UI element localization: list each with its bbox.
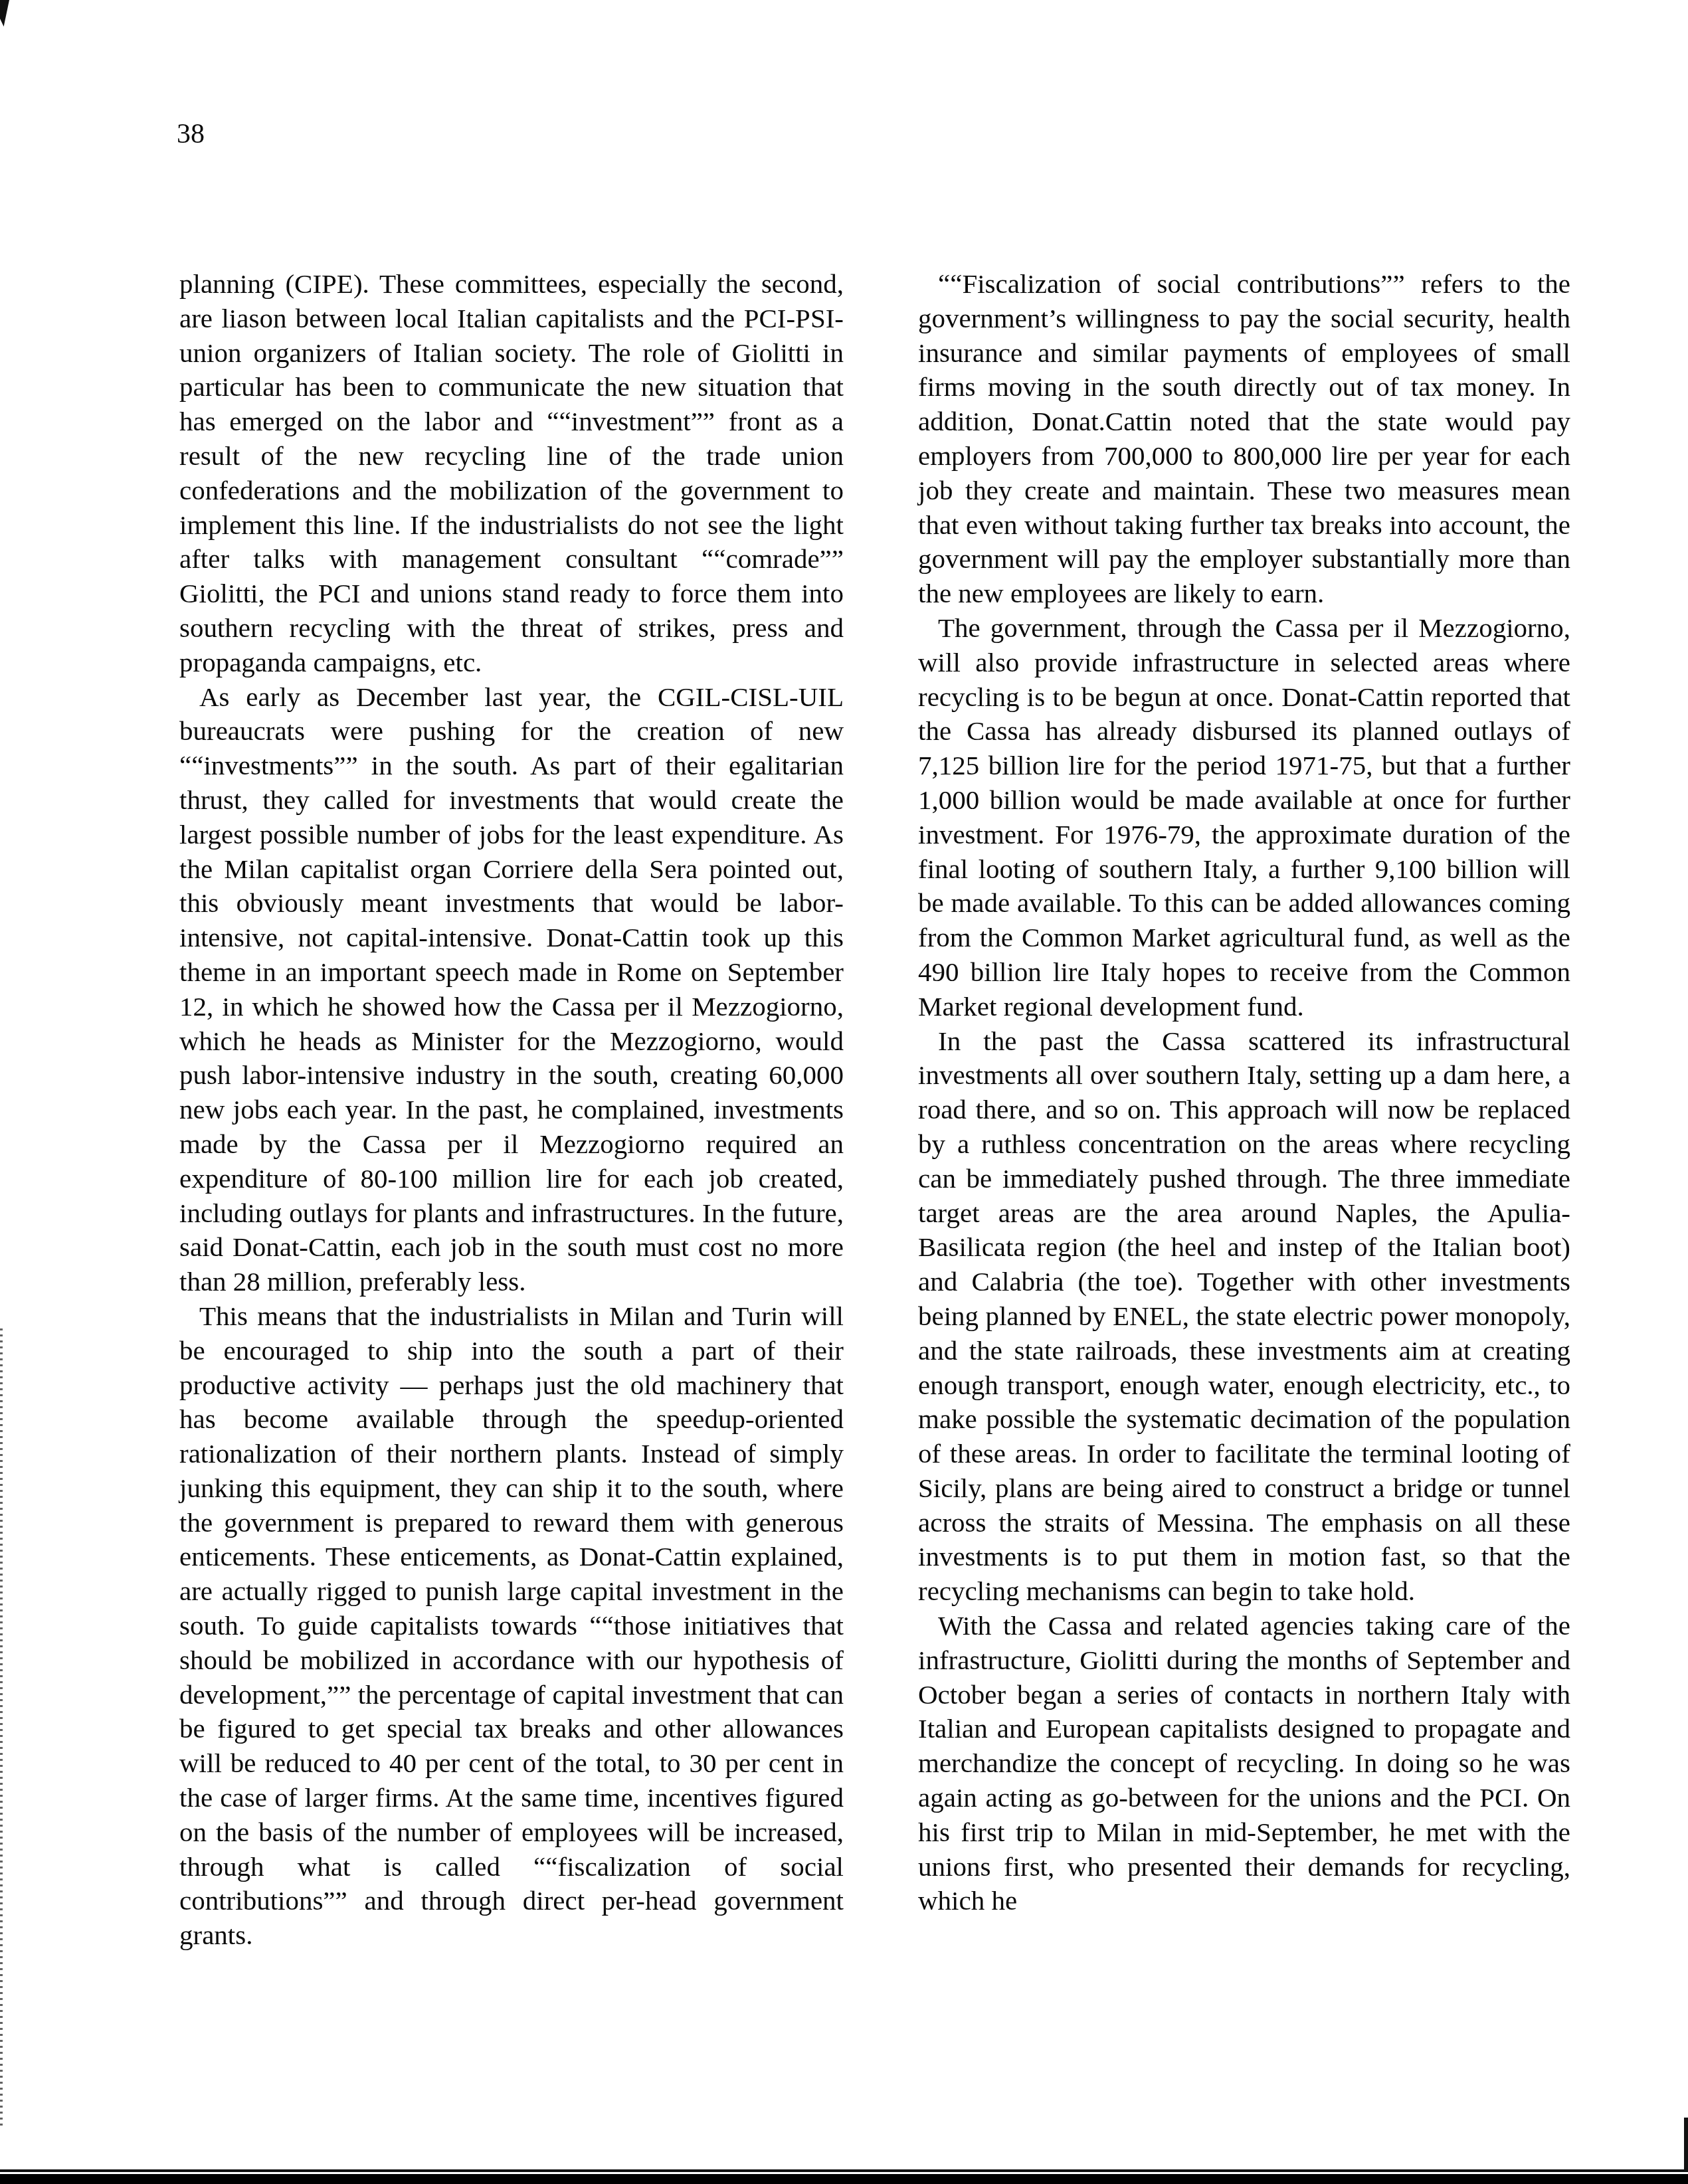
- paragraph: This means that the industrialists in Mi…: [179, 1299, 844, 1953]
- scan-artifact-bottom-edge: [0, 2167, 1688, 2184]
- paragraph: As early as December last year, the CGIL…: [179, 680, 844, 1299]
- right-column: ““Fiscalization of social contributions”…: [918, 267, 1570, 1918]
- paragraph: With the Cassa and related agencies taki…: [918, 1609, 1570, 1918]
- page-number: 38: [177, 118, 205, 150]
- scan-artifact-bottom-right: [1684, 2118, 1688, 2171]
- scan-artifact-corner: [0, 0, 9, 27]
- paragraph: planning (CIPE). These committees, espec…: [179, 267, 844, 680]
- left-column: planning (CIPE). These committees, espec…: [179, 267, 844, 1953]
- scan-artifact-left-edge: [0, 1328, 3, 2126]
- paragraph: ““Fiscalization of social contributions”…: [918, 267, 1570, 611]
- paragraph: The government, through the Cassa per il…: [918, 611, 1570, 1024]
- paragraph: In the past the Cassa scattered its infr…: [918, 1024, 1570, 1609]
